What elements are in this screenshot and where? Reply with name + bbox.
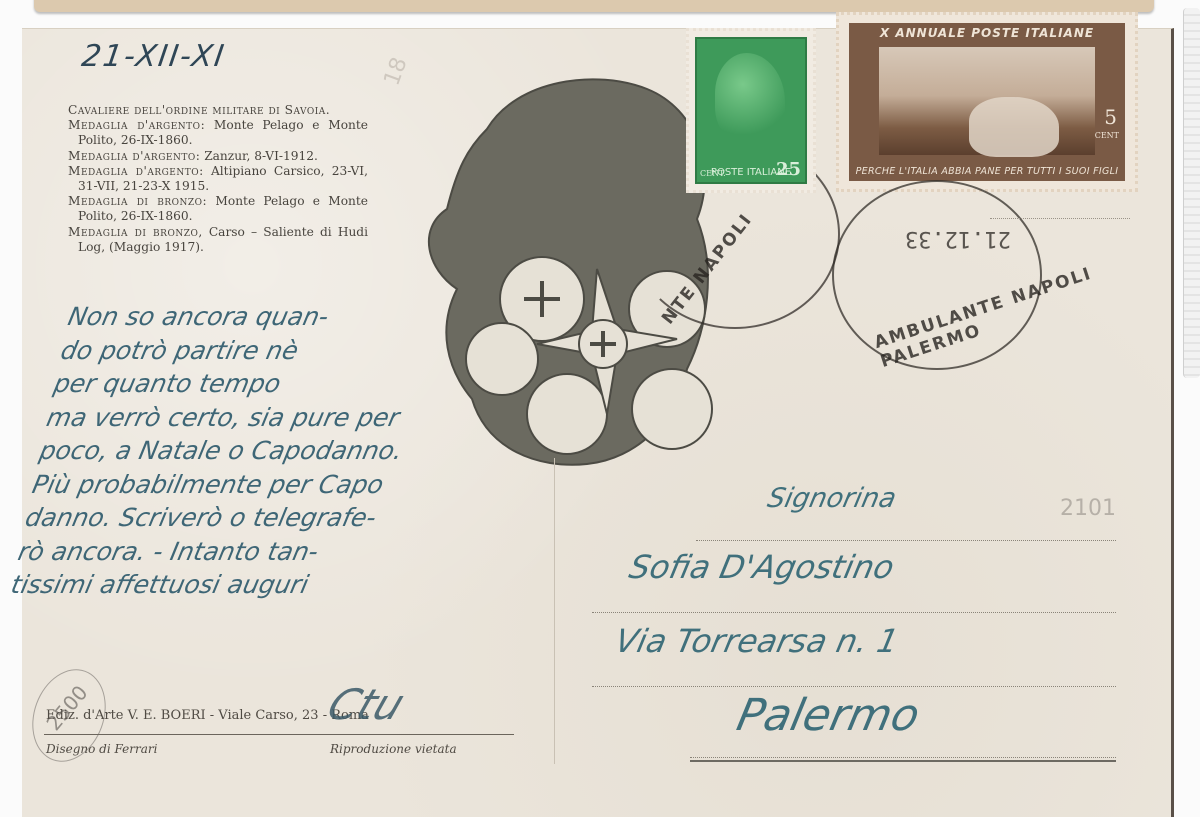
stamp-25-cent: CENT. POSTE ITALIANE 25 — [686, 28, 816, 193]
address-line — [690, 757, 1116, 758]
ploughing-scene-icon — [879, 47, 1095, 155]
honor-item: Cavaliere dell'ordine militare di Savoia… — [68, 103, 368, 118]
address-line — [696, 540, 1116, 541]
address-salutation: Signorina — [765, 483, 899, 514]
address-recipient: Sofia D'Agostino — [626, 548, 898, 586]
handwritten-message: Non so ancora quan- do potrò partire nè … — [8, 300, 632, 602]
pencil-note: 2101 — [1060, 496, 1116, 521]
king-portrait-icon — [715, 53, 785, 143]
address-line — [592, 612, 1116, 613]
pencil-margin-mark: 18 — [379, 54, 412, 89]
publisher-line: Ediz. d'Arte V. E. BOERI - Viale Carso, … — [46, 708, 369, 723]
album-sleeve-edge — [1183, 8, 1200, 378]
honors-list: Cavaliere dell'ordine militare di Savoia… — [68, 103, 368, 255]
address-city: Palermo — [733, 690, 925, 741]
adjacent-card-edge — [34, 0, 1154, 12]
honor-item: Medaglia d'argento: Monte Pelago e Monte… — [68, 118, 368, 148]
honor-item: Medaglia di bronzo, Carso – Saliente di … — [68, 225, 368, 255]
address-line — [592, 686, 1116, 687]
handwritten-date: 21-XII-XI — [80, 39, 228, 74]
designer-credit: Disegno di Ferrari — [46, 742, 157, 756]
honor-item: Medaglia di bronzo: Monte Pelago e Monte… — [68, 194, 368, 224]
publisher-rule — [44, 734, 514, 735]
copyright-notice: Riproduzione vietata — [330, 742, 457, 756]
honor-item: Medaglia d'argento: Altipiano Carsico, 2… — [68, 164, 368, 194]
stamp-5-cent: X ANNUALE POSTE ITALIANE 5 CENT PERCHE L… — [836, 12, 1138, 192]
postmark-date: 21.12.33 — [905, 226, 1011, 251]
address-underline — [690, 760, 1116, 762]
center-divider — [554, 458, 555, 764]
address-street: Via Torrearsa n. 1 — [612, 622, 902, 660]
honor-item: Medaglia d'argento: Zanzur, 8-VI-1912. — [68, 149, 368, 164]
stamp-area-frame — [990, 218, 1130, 219]
